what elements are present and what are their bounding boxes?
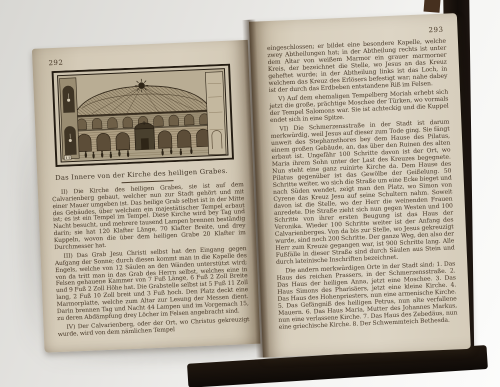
holy-sepulchre-engraving	[51, 64, 235, 171]
paragraph-grab: III) Das Grab Jesu Christi selbst hat de…	[55, 246, 250, 322]
paragraph-kirche: II) Die Kirche des heiligen Grabes, sie …	[52, 182, 246, 252]
paragraph-schmerzensstrasse: VI) Die Schmerzensstraße in der Stadt is…	[270, 120, 455, 266]
left-page: 292	[32, 40, 261, 353]
open-book: 292	[23, 7, 473, 373]
photo-of-open-book: 292	[0, 0, 500, 387]
book-spine-tip	[424, 0, 442, 13]
right-page: 293 eingeschlossen; er bildet eine beson…	[249, 13, 471, 357]
left-page-text: II) Die Kirche des heiligen Grabes, sie …	[52, 182, 250, 339]
paragraph-merkwuerdige-orte: Die andern merkwürdigen Orte in der Stad…	[276, 261, 457, 331]
paragraph-calvarienberg-continued: eingeschlossen; er bildet eine besondere…	[267, 39, 448, 95]
right-page-text: eingeschlossen; er bildet eine besondere…	[267, 39, 458, 332]
caption-rule	[122, 180, 174, 183]
